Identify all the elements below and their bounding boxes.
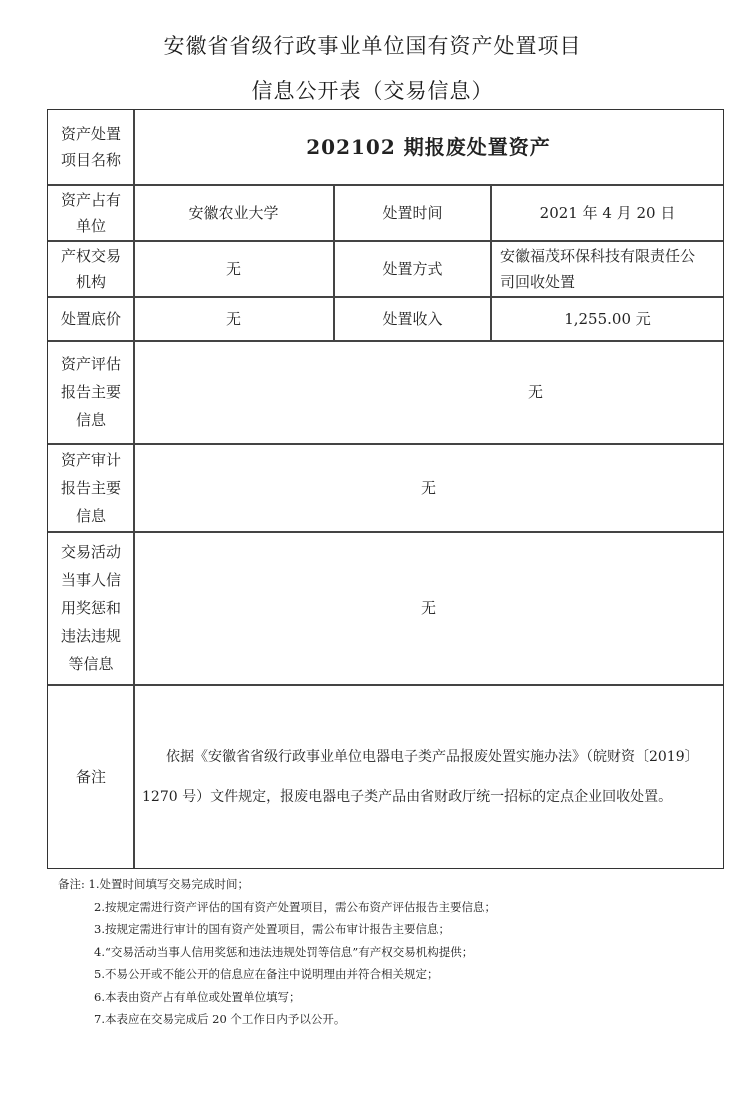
label-line: 报告主要 [61,378,121,406]
appraisal-info-label: 资产评估 报告主要 信息 [48,341,134,443]
label-line: 资产评估 [61,350,121,378]
remarks-label: 备注 [48,685,134,868]
footnote-item: 6.本表由资产占有单位或处置单位填写； [58,986,496,1009]
label-line: 资产处置 [61,121,121,147]
label-line: 等信息 [61,650,121,678]
exchange-agency-value: 无 [134,241,333,296]
label-line: 违法违规 [61,622,121,650]
disposal-income-label: 处置收入 [335,297,490,340]
reserve-price-value: 无 [134,297,333,340]
footnote-prefix: 备注: [58,877,89,891]
footnote-item: 备注: 1.处置时间填写交易完成时间； [58,873,496,896]
project-name-label: 资产处置 项目名称 [48,110,134,184]
remarks-line: 依据《安徽省省级行政事业单位电器电子类产品报废处置实施办法》（皖财资〔2019〕 [142,737,699,777]
label-line: 信息 [61,406,121,434]
label-line: 当事人信 [61,566,121,594]
reserve-price-label: 处置底价 [48,297,134,340]
exchange-agency-label: 产权交易 机构 [48,241,134,296]
footnote-text: 1.处置时间填写交易完成时间； [89,877,249,891]
credit-info-label: 交易活动 当事人信 用奖惩和 违法违规 等信息 [48,532,134,684]
value-line: 安徽福茂环保科技有限责任公 [500,243,695,269]
footnote-item: 4.“交易活动当事人信用奖惩和违法违规处罚等信息”有产权交易机构提供； [58,941,496,964]
document-title-line2: 信息公开表（交易信息） [0,75,745,105]
label-line: 资产占有 [61,187,121,213]
label-line: 资产审计 [61,446,121,474]
label-line: 用奖惩和 [61,594,121,622]
label-line: 产权交易 [61,243,121,269]
label-line: 项目名称 [61,147,121,173]
disposal-income-value: 1,255.00 元 [492,297,723,340]
disposal-time-label: 处置时间 [335,185,490,240]
disposal-method-label: 处置方式 [335,241,490,296]
disposal-time-value: 2021 年 4 月 20 日 [492,185,723,240]
footnote-item: 3.按规定需进行审计的国有资产处置项目，需公布审计报告主要信息； [58,918,496,941]
owner-unit-label: 资产占有 单位 [48,185,134,240]
label-line: 信息 [61,502,121,530]
credit-info-value: 无 [134,532,723,684]
appraisal-info-value: 无 [348,341,723,443]
remarks-line: 1270 号）文件规定，报废电器电子类产品由省财政厅统一招标的定点企业回收处置。 [142,777,699,817]
label-line: 报告主要 [61,474,121,502]
document-title-line1: 安徽省省级行政事业单位国有资产处置项目 [0,30,745,60]
footnotes: 备注: 1.处置时间填写交易完成时间； 2.按规定需进行资产评估的国有资产处置项… [58,873,496,1031]
label-line: 机构 [61,269,121,295]
remarks-value: 依据《安徽省省级行政事业单位电器电子类产品报废处置实施办法》（皖财资〔2019〕… [134,685,723,868]
info-table: 资产处置 项目名称 202102 期报废处置资产 资产占有 单位 安徽农业大学 … [47,109,724,869]
label-line: 交易活动 [61,538,121,566]
disposal-method-value: 安徽福茂环保科技有限责任公 司回收处置 [492,241,723,296]
owner-unit-value: 安徽农业大学 [134,185,333,240]
audit-info-value: 无 [134,444,723,531]
value-line: 司回收处置 [500,269,695,295]
project-name-value: 202102 期报废处置资产 [134,110,723,184]
audit-info-label: 资产审计 报告主要 信息 [48,444,134,531]
footnote-item: 7.本表应在交易完成后 20 个工作日内予以公开。 [58,1008,496,1031]
label-line: 单位 [61,213,121,239]
footnote-item: 5.不易公开或不能公开的信息应在备注中说明理由并符合相关规定； [58,963,496,986]
footnote-item: 2.按规定需进行资产评估的国有资产处置项目，需公布资产评估报告主要信息； [58,896,496,919]
